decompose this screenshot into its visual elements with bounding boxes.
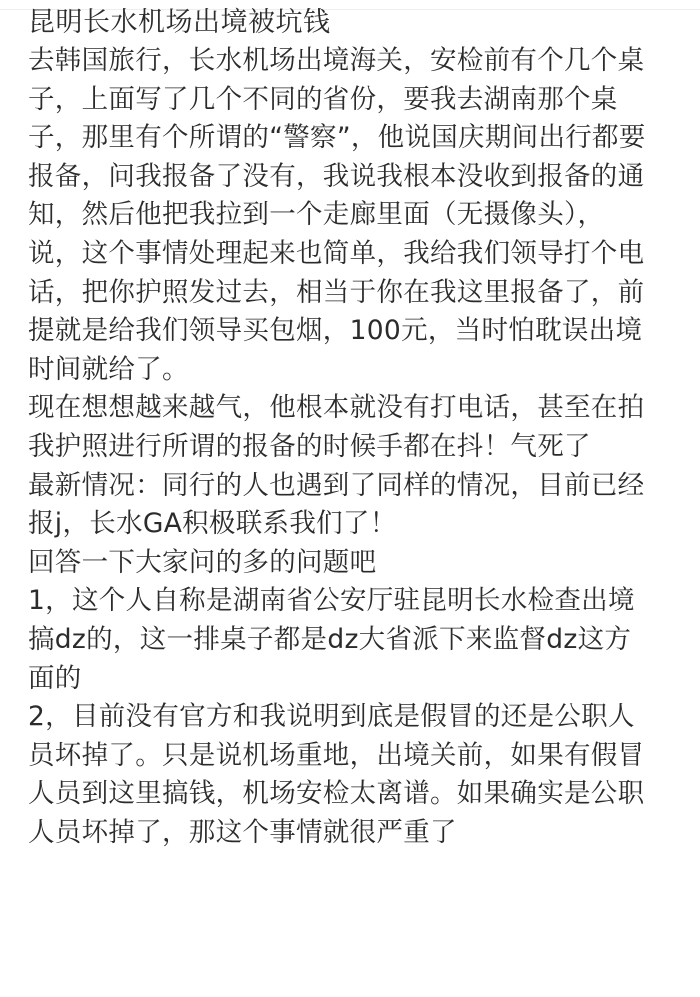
body-line: 我护照进行所谓的报备的时候手都在抖！气死了 (28, 428, 696, 467)
body-line: 人员到这里搞钱，机场安检太离谱。如果确实是公职 (28, 775, 696, 814)
body-line: 最新情况：同行的人也遇到了同样的情况，目前已经 (28, 467, 696, 506)
body-line: 回答一下大家问的多的问题吧 (28, 544, 696, 583)
body-line: 话，把你护照发过去，相当于你在我这里报备了，前 (28, 274, 696, 313)
body-line: 2，目前没有官方和我说明到底是假冒的还是公职人 (28, 698, 696, 737)
body-line: 人员坏掉了，那这个事情就很严重了 (28, 814, 696, 853)
body-line: 报j，长水GA积极联系我们了！ (28, 505, 696, 544)
body-line: 员坏掉了。只是说机场重地，出境关前，如果有假冒 (28, 737, 696, 776)
body-line: 提就是给我们领导买包烟，100元，当时怕耽误出境 (28, 312, 696, 351)
body-line: 知，然后他把我拉到一个走廊里面（无摄像头）， (28, 196, 696, 235)
body-line: 搞dz的，这一排桌子都是dz大省派下来监督dz这方 (28, 621, 696, 660)
body-line: 去韩国旅行，长水机场出境海关，安检前有个几个桌 (28, 42, 696, 81)
body-line: 时间就给了。 (28, 351, 696, 390)
body-line: 子，那里有个所谓的“警察”，他说国庆期间出行都要 (28, 119, 696, 158)
post-title: 昆明长水机场出境被坑钱 (28, 4, 696, 42)
body-line: 1，这个人自称是湖南省公安厅驻昆明长水检查出境 (28, 582, 696, 621)
body-line: 现在想想越来越气，他根本就没有打电话，甚至在拍 (28, 389, 696, 428)
post-content: 昆明长水机场出境被坑钱 去韩国旅行，长水机场出境海关，安检前有个几个桌 子，上面… (28, 4, 696, 852)
body-line: 子，上面写了几个不同的省份，要我去湖南那个桌 (28, 81, 696, 120)
body-line: 报备，问我报备了没有，我说我根本没收到报备的通 (28, 158, 696, 197)
body-line: 面的 (28, 660, 696, 699)
body-line: 说，这个事情处理起来也简单，我给我们领导打个电 (28, 235, 696, 274)
